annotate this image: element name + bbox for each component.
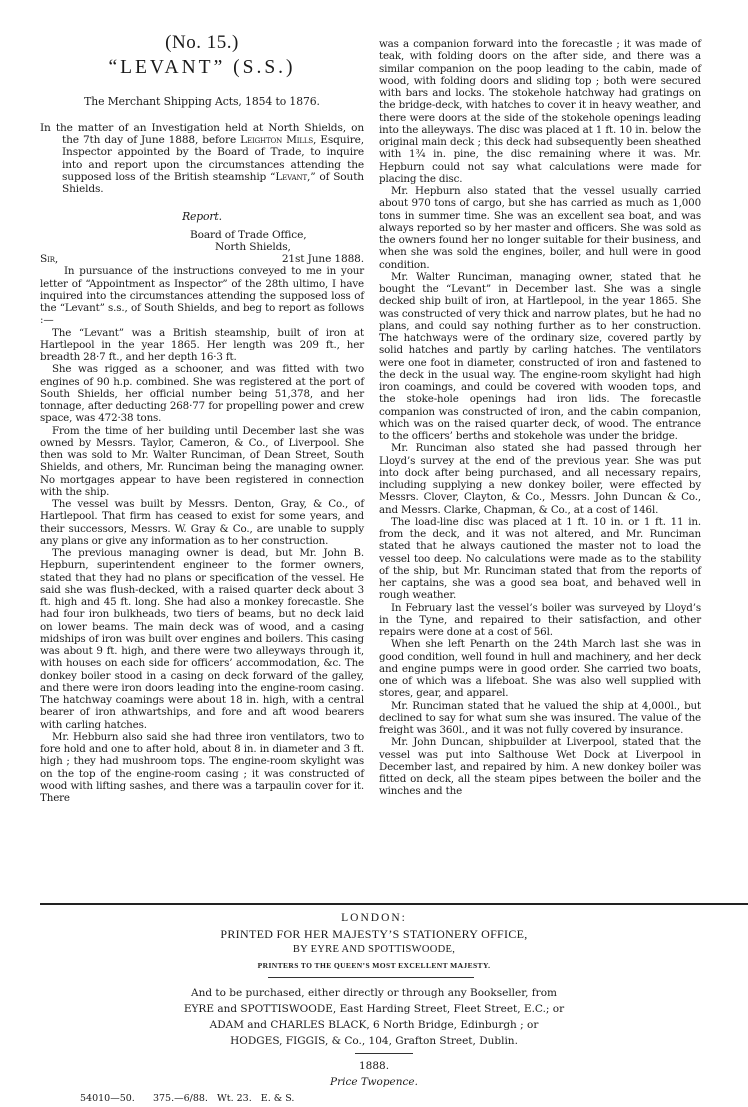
year-divider [355, 1053, 413, 1054]
imprint-printers-to-queen: PRINTERS TO THE QUEEN’S MOST EXCELLENT M… [0, 961, 748, 970]
salutation: Sir, [40, 253, 58, 265]
seller-line-1: EYRE and SPOTTISWOODE, East Harding Stre… [0, 1003, 748, 1015]
document-number: (No. 15.) [40, 37, 364, 49]
paragraph: The load-line disc was placed at 1 ft. 1… [379, 516, 701, 602]
imprint-printed-for: PRINTED FOR HER MAJESTY’S STATIONERY OFF… [0, 927, 748, 942]
price: Price Twopence. [0, 1076, 748, 1088]
paragraph: In February last the vessel’s boiler was… [379, 602, 701, 639]
document-page: (No. 15.) “LEVANT” (S.S.) The Merchant S… [0, 0, 748, 1107]
paragraph: The “Levant” was a British steamship, bu… [40, 327, 364, 364]
report-address: Board of Trade Office, North Shields, Si… [40, 229, 364, 266]
print-codes: 54010—50. 375.—6/88. Wt. 23. E. & S. [80, 1093, 294, 1104]
footer-divider [40, 903, 748, 905]
paragraph: The vessel was built by Messrs. Denton, … [40, 498, 364, 547]
address-line-2: North Shields, [40, 241, 364, 253]
seller-line-3: HODGES, FIGGIS, & Co., 104, Grafton Stre… [0, 1035, 748, 1047]
ship-name: Levant [275, 171, 307, 183]
report-heading: Report. [40, 211, 364, 223]
purchase-notice: And to be purchased, either directly or … [0, 987, 748, 999]
paragraph: The previous managing owner is dead, but… [40, 547, 364, 731]
paragraph: In pursuance of the instructions conveye… [40, 265, 364, 326]
paragraph: Mr. John Duncan, shipbuilder at Liverpoo… [379, 736, 701, 797]
paragraph: From the time of her building until Dece… [40, 425, 364, 499]
left-column: (No. 15.) “LEVANT” (S.S.) The Merchant S… [40, 0, 364, 804]
imprint-printer: BY EYRE AND SPOTTISWOODE, [0, 944, 748, 955]
document-title: “LEVANT” (S.S.) [40, 62, 364, 74]
publication-year: 1888. [0, 1060, 748, 1072]
paragraph: Mr. Hepburn also stated that the vessel … [379, 185, 701, 271]
inspector-name: Leighton Mills [240, 134, 313, 146]
seller-line-2: ADAM and CHARLES BLACK, 6 North Bridge, … [0, 1019, 748, 1031]
right-column: was a companion forward into the forecas… [379, 38, 701, 798]
matter-preamble: In the matter of an Investigation held a… [40, 122, 364, 196]
paragraph: When she left Penarth on the 24th March … [379, 638, 701, 699]
report-date: 21st June 1888. [282, 253, 364, 265]
address-line-1: Board of Trade Office, [40, 229, 364, 241]
paragraph: Mr. Hebburn also said she had three iron… [40, 731, 364, 805]
paragraph: was a companion forward into the forecas… [379, 38, 701, 185]
paragraph: She was rigged as a schooner, and was fi… [40, 363, 364, 424]
paragraph: Mr. Walter Runciman, managing owner, sta… [379, 271, 701, 443]
acts-subtitle: The Merchant Shipping Acts, 1854 to 1876… [40, 96, 364, 108]
paragraph: Mr. Runciman stated that he valued the s… [379, 700, 701, 737]
imprint-city: LONDON: [0, 912, 748, 924]
paragraph: Mr. Runciman also stated she had passed … [379, 442, 701, 516]
imprint-divider [268, 977, 474, 978]
